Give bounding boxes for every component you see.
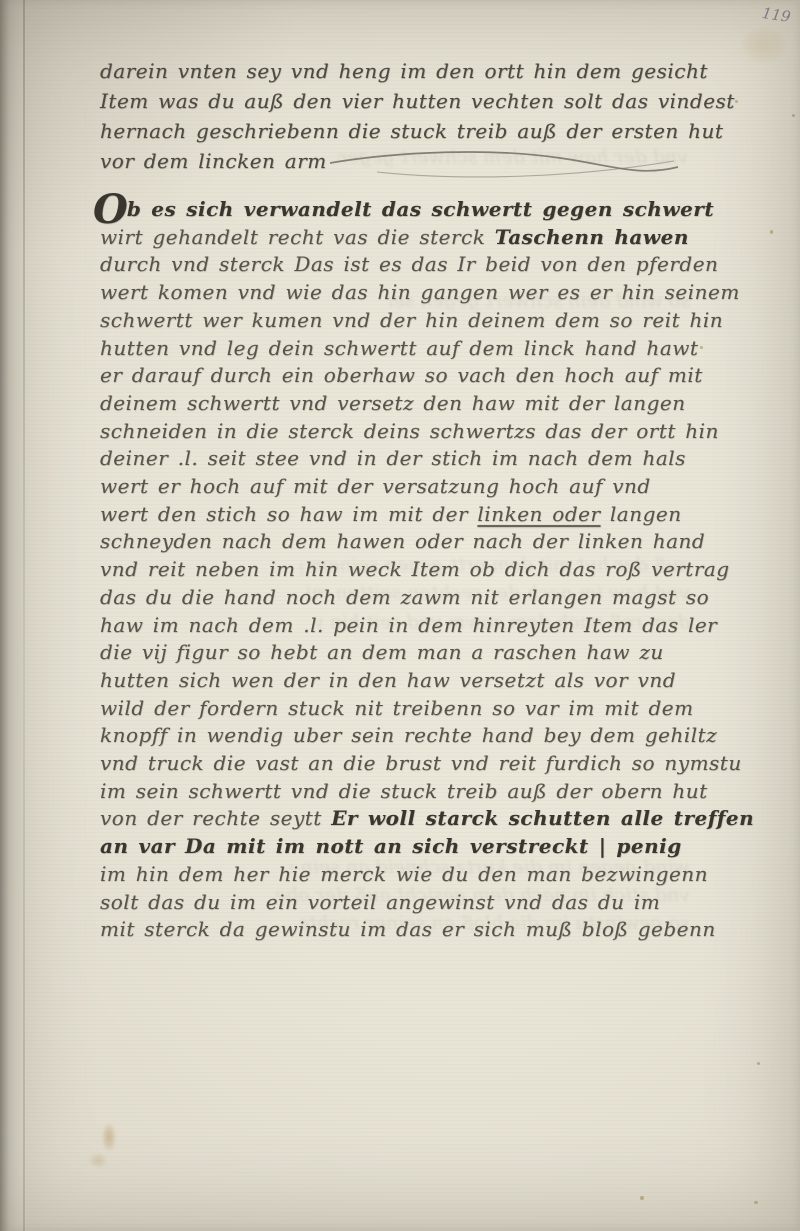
manuscript-line: Item was du auß den vier hutten vechten … (100, 86, 705, 116)
manuscript-line: deiner .l. seit stee vnd in der stich im… (100, 445, 705, 473)
manuscript-line: das du die hand noch dem zawm nit erlang… (100, 584, 705, 612)
manuscript-line: schneyden nach dem hawen oder nach der l… (100, 528, 705, 556)
text-segment: wert er hoch auf mit der versatzung hoch… (100, 474, 651, 498)
manuscript-line: vnd reit neben im hin weck Item ob dich … (100, 556, 705, 584)
manuscript-line: an var Da mit im nott an sich verstreckt… (100, 833, 705, 861)
manuscript-line: haw im nach dem .l. pein in dem hinreyte… (100, 612, 705, 640)
bold-text-segment: an var Da mit im nott an sich verstreckt… (100, 834, 682, 858)
text-segment: hernach geschriebenn die stuck treib auß… (100, 119, 723, 143)
stain (103, 1124, 115, 1150)
manuscript-line: vor dem lincken arm (100, 146, 705, 176)
manuscript-line: wirt gehandelt recht vas die sterck Tasc… (100, 224, 705, 252)
text-segment: darein vnten sey vnd heng im den ortt hi… (100, 59, 708, 83)
text-segment: wirt gehandelt recht vas die sterck (100, 225, 495, 249)
text-segment: durch vnd sterck Das ist es das Ir beid … (100, 252, 718, 276)
text-segment: solt das du im ein vorteil angewinst vnd… (100, 890, 660, 914)
text-segment: vor dem lincken arm (100, 149, 327, 173)
manuscript-line: im hin dem her hie merck wie du den man … (100, 861, 705, 889)
text-segment: wert komen vnd wie das hin gangen wer es… (100, 280, 740, 304)
manuscript-line: wild der fordern stuck nit treibenn so v… (100, 695, 705, 723)
text-segment: vnd reit neben im hin weck Item ob dich … (100, 557, 730, 581)
manuscript-line: mit sterck da gewinstu im das er sich mu… (100, 916, 705, 944)
manuscript-line: vnd truck die vast an die brust vnd reit… (100, 750, 705, 778)
manuscript-line: solt das du im ein vorteil angewinst vnd… (100, 889, 705, 917)
manuscript-line: deinem schwertt vnd versetz den haw mit … (100, 390, 705, 418)
text-segment: wild der fordern stuck nit treibenn so v… (100, 696, 694, 720)
manuscript-line: von der rechte seytt Er woll starck schu… (100, 805, 705, 833)
underlined-text-segment: linken oder (477, 502, 600, 526)
manuscript-line: hernach geschriebenn die stuck treib auß… (100, 116, 705, 146)
text-segment: schwertt wer kumen vnd der hin deinem de… (100, 308, 723, 332)
foxing-speck (735, 100, 738, 103)
text-segment: knopff in wendig uber sein rechte hand b… (100, 723, 717, 747)
text-segment: die vij figur so hebt an dem man a rasch… (100, 640, 664, 664)
text-segment: im sein schwertt vnd die stuck treib auß… (100, 779, 708, 803)
manuscript-line: im sein schwertt vnd die stuck treib auß… (100, 778, 705, 806)
stain (90, 1154, 106, 1167)
manuscript-line: schwertt wer kumen vnd der hin deinem de… (100, 307, 705, 335)
manuscript-line: wert komen vnd wie das hin gangen wer es… (100, 279, 705, 307)
foxing-speck (792, 114, 795, 117)
manuscript-line: wert er hoch auf mit der versatzung hoch… (100, 473, 705, 501)
text-segment: vnd truck die vast an die brust vnd reit… (100, 751, 742, 775)
text-segment: hutten vnd leg dein schwertt auf dem lin… (100, 336, 698, 360)
text-segment: schneiden in die sterck deins schwertzs … (100, 419, 719, 443)
manuscript-line: die vij figur so hebt an dem man a rasch… (100, 639, 705, 667)
stain (742, 28, 786, 62)
bold-text-segment: Er woll starck schutten alle treffen (331, 806, 754, 830)
text-segment: er darauf durch ein oberhaw so vach den … (100, 363, 703, 387)
text-segment: deinem schwertt vnd versetz den haw mit … (100, 391, 686, 415)
text-segment: hutten sich wen der in den haw versetzt … (100, 668, 676, 692)
manuscript-line: hutten sich wen der in den haw versetzt … (100, 667, 705, 695)
manuscript-line: durch vnd sterck Das ist es das Ir beid … (100, 251, 705, 279)
text-segment: deiner .l. seit stee vnd in der stich im… (100, 446, 686, 470)
manuscript-line: wert den stich so haw im mit der linken … (100, 501, 705, 529)
foxing-speck (640, 1196, 644, 1200)
bold-text-segment: Taschenn hawen (495, 225, 689, 249)
manuscript-line: darein vnten sey vnd heng im den ortt hi… (100, 56, 705, 86)
text-segment: im hin dem her hie merck wie du den man … (100, 862, 708, 886)
manuscript-line: er darauf durch ein oberhaw so vach den … (100, 362, 705, 390)
foxing-speck (770, 230, 773, 234)
folio-number: 119 (761, 4, 792, 26)
text-segment: schneyden nach dem hawen oder nach der l… (100, 529, 705, 553)
intro-paragraph: darein vnten sey vnd heng im den ortt hi… (100, 56, 705, 176)
text-segment: Item was du auß den vier hutten vechten … (100, 89, 735, 113)
text-segment: wert den stich so haw im mit der (100, 502, 477, 526)
text-segment: das du die hand noch dem zawm nit erlang… (100, 585, 709, 609)
foxing-speck (754, 1201, 758, 1204)
manuscript-line: hutten vnd leg dein schwertt auf dem lin… (100, 335, 705, 363)
text-segment: von der rechte seytt (100, 806, 331, 830)
manuscript-line: schneiden in die sterck deins schwertzs … (100, 418, 705, 446)
text-segment: haw im nach dem .l. pein in dem hinreyte… (100, 613, 717, 637)
manuscript-line: knopff in wendig uber sein rechte hand b… (100, 722, 705, 750)
foxing-speck (757, 1062, 760, 1065)
manuscript-page: vnd der haw mit dem schwert gegen dem ma… (0, 0, 800, 1231)
text-segment: langen (601, 502, 682, 526)
bold-text-segment: b es sich verwandelt das schwertt gegen … (127, 197, 714, 221)
main-paragraph: Ob es sich verwandelt das schwertt gegen… (100, 196, 705, 944)
text-segment: mit sterck da gewinstu im das er sich mu… (100, 917, 716, 941)
manuscript-line: Ob es sich verwandelt das schwertt gegen… (100, 196, 705, 224)
binding-crease (23, 0, 25, 1231)
